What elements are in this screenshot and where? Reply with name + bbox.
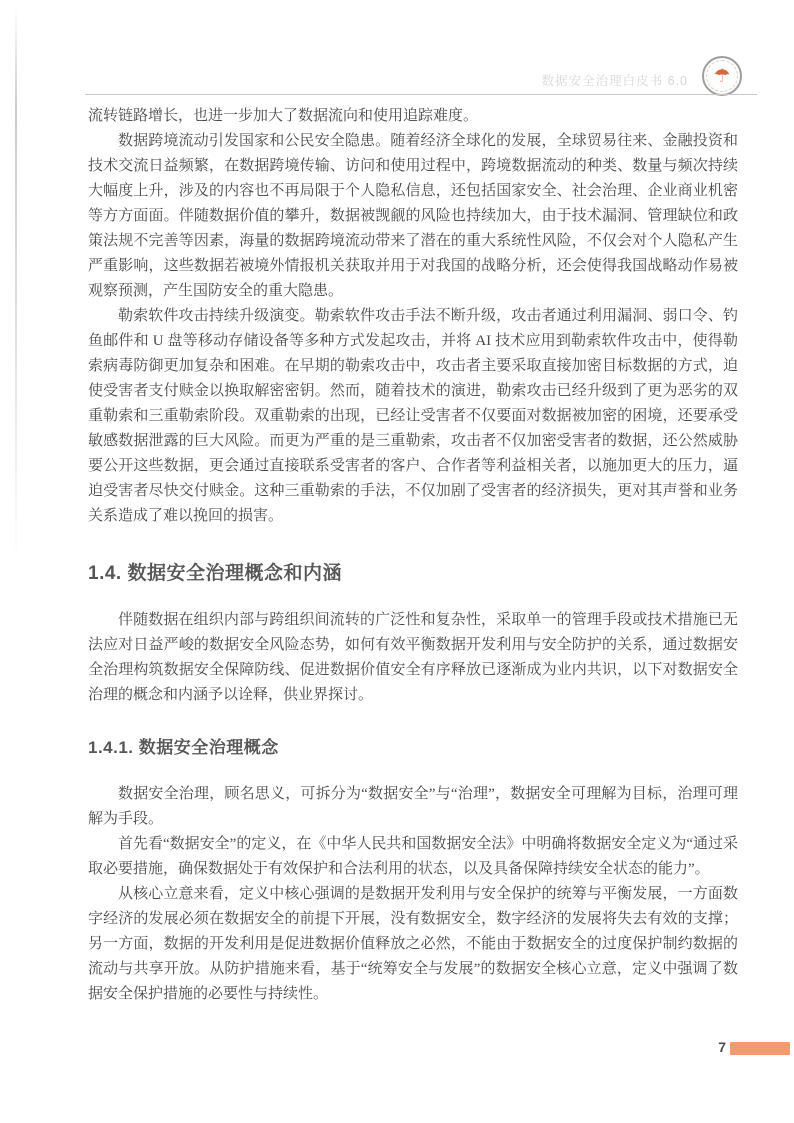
header-divider xyxy=(85,94,757,95)
body-paragraph: 数据跨境流动引发国家和公民安全隐患。随着经济全球化的发展，全球贸易往来、金融投资… xyxy=(88,129,738,304)
footer-accent-bar xyxy=(730,1042,790,1055)
section-heading: 1.4. 数据安全治理概念和内涵 xyxy=(88,561,738,586)
publisher-seal-logo: ☂ xyxy=(702,56,742,96)
body-paragraph: 首先看“数据安全”的定义，在《中华人民共和国数据安全法》中明确将数据安全定义为“… xyxy=(88,832,738,882)
subsection-heading: 1.4.1. 数据安全治理概念 xyxy=(88,735,738,760)
document-body: 流转链路增长，也进一步加大了数据流向和使用追踪难度。 数据跨境流动引发国家和公民… xyxy=(88,104,738,1007)
running-header-title: 数据安全治理白皮书 6.0 xyxy=(542,71,688,89)
body-paragraph-continuation: 流转链路增长，也进一步加大了数据流向和使用追踪难度。 xyxy=(88,104,738,129)
document-page: 数据安全治理白皮书 6.0 ☂ 流转链路增长，也进一步加大了数据流向和使用追踪难… xyxy=(0,0,794,1123)
body-paragraph: 伴随数据在组织内部与跨组织间流转的广泛性和复杂性，采取单一的管理手段或技术措施已… xyxy=(88,608,738,708)
umbrella-icon: ☂ xyxy=(704,58,740,94)
scan-shadow xyxy=(15,8,17,563)
page-number: 7 xyxy=(718,1039,726,1055)
body-paragraph: 数据安全治理，顾名思义，可拆分为“数据安全”与“治理”，数据安全可理解为目标，治… xyxy=(88,782,738,832)
body-paragraph: 从核心立意来看，定义中核心强调的是数据开发利用与安全保护的统筹与平衡发展，一方面… xyxy=(88,882,738,1007)
body-paragraph: 勒索软件攻击持续升级演变。勒索软件攻击手法不断升级，攻击者通过利用漏洞、弱口令、… xyxy=(88,304,738,529)
